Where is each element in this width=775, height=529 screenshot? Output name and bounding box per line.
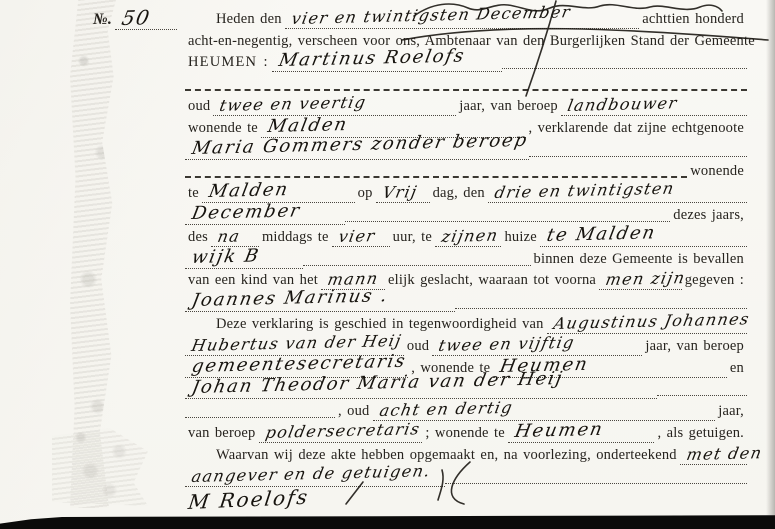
printed-text: oud — [404, 338, 432, 356]
form-line-gemeente: HEUMEN : Martinus Roelofs — [185, 51, 747, 73]
scan-mottle-left — [70, 0, 116, 508]
form-line-child-sex: van een kind van het mann elijk geslacht… — [185, 269, 747, 291]
dotted-rule — [185, 174, 687, 178]
birth-certificate-scan: №. 50 Heden den vier en twintigsten Dece… — [0, 0, 775, 529]
printed-text: gegeven : — [682, 272, 747, 290]
printed-text: huize — [501, 229, 539, 247]
printed-text: dag, den — [430, 185, 488, 203]
handwritten-house-place: te Malden — [545, 224, 658, 246]
handwritten-birthdate: drie en twintigsten — [493, 181, 676, 202]
form-line-time-place: des na middags te vier uur, te zijnen hu… — [185, 225, 747, 247]
scan-edge-bar — [0, 515, 775, 529]
act-text-column: Heden den vier en twintigsten December a… — [185, 7, 747, 513]
signature-roelofs: M Roelofs — [187, 486, 310, 512]
handwritten-child-names: Joannes Marinus . — [190, 287, 390, 311]
dotted-rule — [303, 263, 531, 266]
handwritten-month: December — [190, 202, 302, 224]
form-line-age-profession: oud twee en veertig jaar, van beroep lan… — [185, 94, 747, 116]
record-number-slot: 50 — [115, 8, 177, 30]
handwritten-profession: landbouwer — [566, 95, 679, 115]
dotted-rule — [185, 415, 335, 418]
handwritten-witness2-age: acht en dertig — [378, 400, 514, 420]
dotted-rule — [502, 66, 747, 69]
handwritten-date: vier en twintigsten December — [290, 4, 572, 28]
printed-text: acht-en-negentig, verscheen voor ons, Am… — [185, 33, 758, 51]
printed-text: , als getuigen. — [654, 425, 747, 443]
printed-text: Heden den — [213, 11, 285, 29]
form-line-wijk: wijk B binnen deze Gemeente is bevallen — [185, 247, 747, 269]
printed-text: wonende — [687, 163, 747, 181]
printed-text: des — [185, 229, 211, 247]
form-line-witness-intro: Deze verklaring is geschied in tegenwoor… — [185, 312, 747, 334]
form-line-witness1: Hubertus van der Heij oud twee en vijfti… — [185, 334, 747, 356]
printed-text: jaar, van beroep — [642, 338, 747, 356]
printed-text: middags te — [259, 229, 332, 247]
handwritten-closing1: met den — [685, 445, 764, 464]
handwritten-declarant-name: Martinus Roelofs — [277, 48, 467, 72]
printed-text: , oud — [335, 403, 373, 421]
handwritten-birthplace: Malden — [207, 181, 290, 202]
form-line-witness2-age: , oud acht en dertig jaar, — [185, 399, 747, 421]
handwritten-witness2-profession: poldersecretaris — [264, 421, 422, 442]
printed-text: jaar, — [715, 403, 747, 421]
form-line-child-names: Joannes Marinus . — [185, 290, 747, 312]
dotted-rule — [345, 219, 670, 222]
form-line-witness2-name: Johan Theodor Maria van der Heij — [185, 378, 747, 400]
handwritten-age: twee en veertig — [218, 94, 368, 115]
printed-text: jaar, van beroep — [456, 98, 561, 116]
dotted-rule — [185, 87, 747, 91]
printed-text: oud — [185, 98, 213, 116]
printed-text: uur, te — [390, 229, 435, 247]
printed-text: binnen deze Gemeente is bevallen — [531, 251, 747, 269]
printed-text: Waarvan wij deze akte hebben opgemaakt e… — [213, 447, 680, 465]
form-line-month: December dezes jaars, — [185, 203, 747, 225]
handwritten-wijk: wijk B — [190, 247, 261, 268]
handwritten-weekday: Vrij — [381, 184, 419, 202]
handwritten-names-suffix: men zijn — [604, 270, 687, 289]
form-line-birthday: te Malden op Vrij dag, den drie en twint… — [185, 181, 747, 203]
signature-row: M Roelofs — [185, 489, 747, 513]
printed-text: dezes jaars, — [670, 207, 747, 225]
scan-mottle-bottom-left — [52, 428, 148, 506]
printed-text: achttien honderd — [639, 11, 747, 29]
printed-text: ; wonende te — [422, 425, 508, 443]
printed-gemeente-name: HEUMEN : — [185, 54, 272, 72]
handwritten-whose-house: zijnen — [440, 227, 500, 245]
printed-text: , verklarende dat zijne echtgenoote — [526, 120, 748, 138]
handwritten-witness1-firstnames: Augustinus Johannes — [552, 311, 751, 333]
printed-text: te — [185, 185, 202, 203]
form-line-blank-rule — [185, 72, 747, 94]
form-line-closing: Waarvan wij deze akte hebben opgemaakt e… — [185, 443, 747, 465]
dotted-rule — [657, 393, 747, 396]
printed-text: op — [355, 185, 376, 203]
form-line-witness2-profession: van beroep poldersecretaris ; wonende te… — [185, 421, 747, 443]
handwritten-hour: vier — [337, 228, 377, 246]
handwritten-witness2-residence: Heumen — [513, 421, 605, 442]
handwritten-closing2: aangever en de getuigen. — [190, 463, 432, 486]
printed-text: wonende te — [185, 120, 261, 138]
record-number-value: 50 — [120, 7, 152, 29]
scan-edge-right — [766, 0, 775, 529]
record-number-label: №. — [90, 11, 115, 30]
printed-text: en — [727, 360, 747, 378]
handwritten-witness1-age: twee en vijftig — [437, 334, 576, 354]
form-line-mother: Maria Gommers zonder beroep — [185, 138, 747, 160]
dotted-rule — [529, 154, 747, 157]
record-number: №. 50 — [90, 8, 177, 30]
printed-text: van beroep — [185, 425, 259, 443]
form-line-heden: Heden den vier en twintigsten December a… — [185, 7, 747, 29]
dotted-rule — [445, 481, 747, 484]
printed-text: elijk geslacht, waaraan tot voorna — [385, 272, 599, 290]
form-line-closing2: aangever en de getuigen. — [185, 465, 747, 487]
dotted-rule — [455, 306, 747, 309]
handwritten-daypart: na — [216, 228, 242, 246]
